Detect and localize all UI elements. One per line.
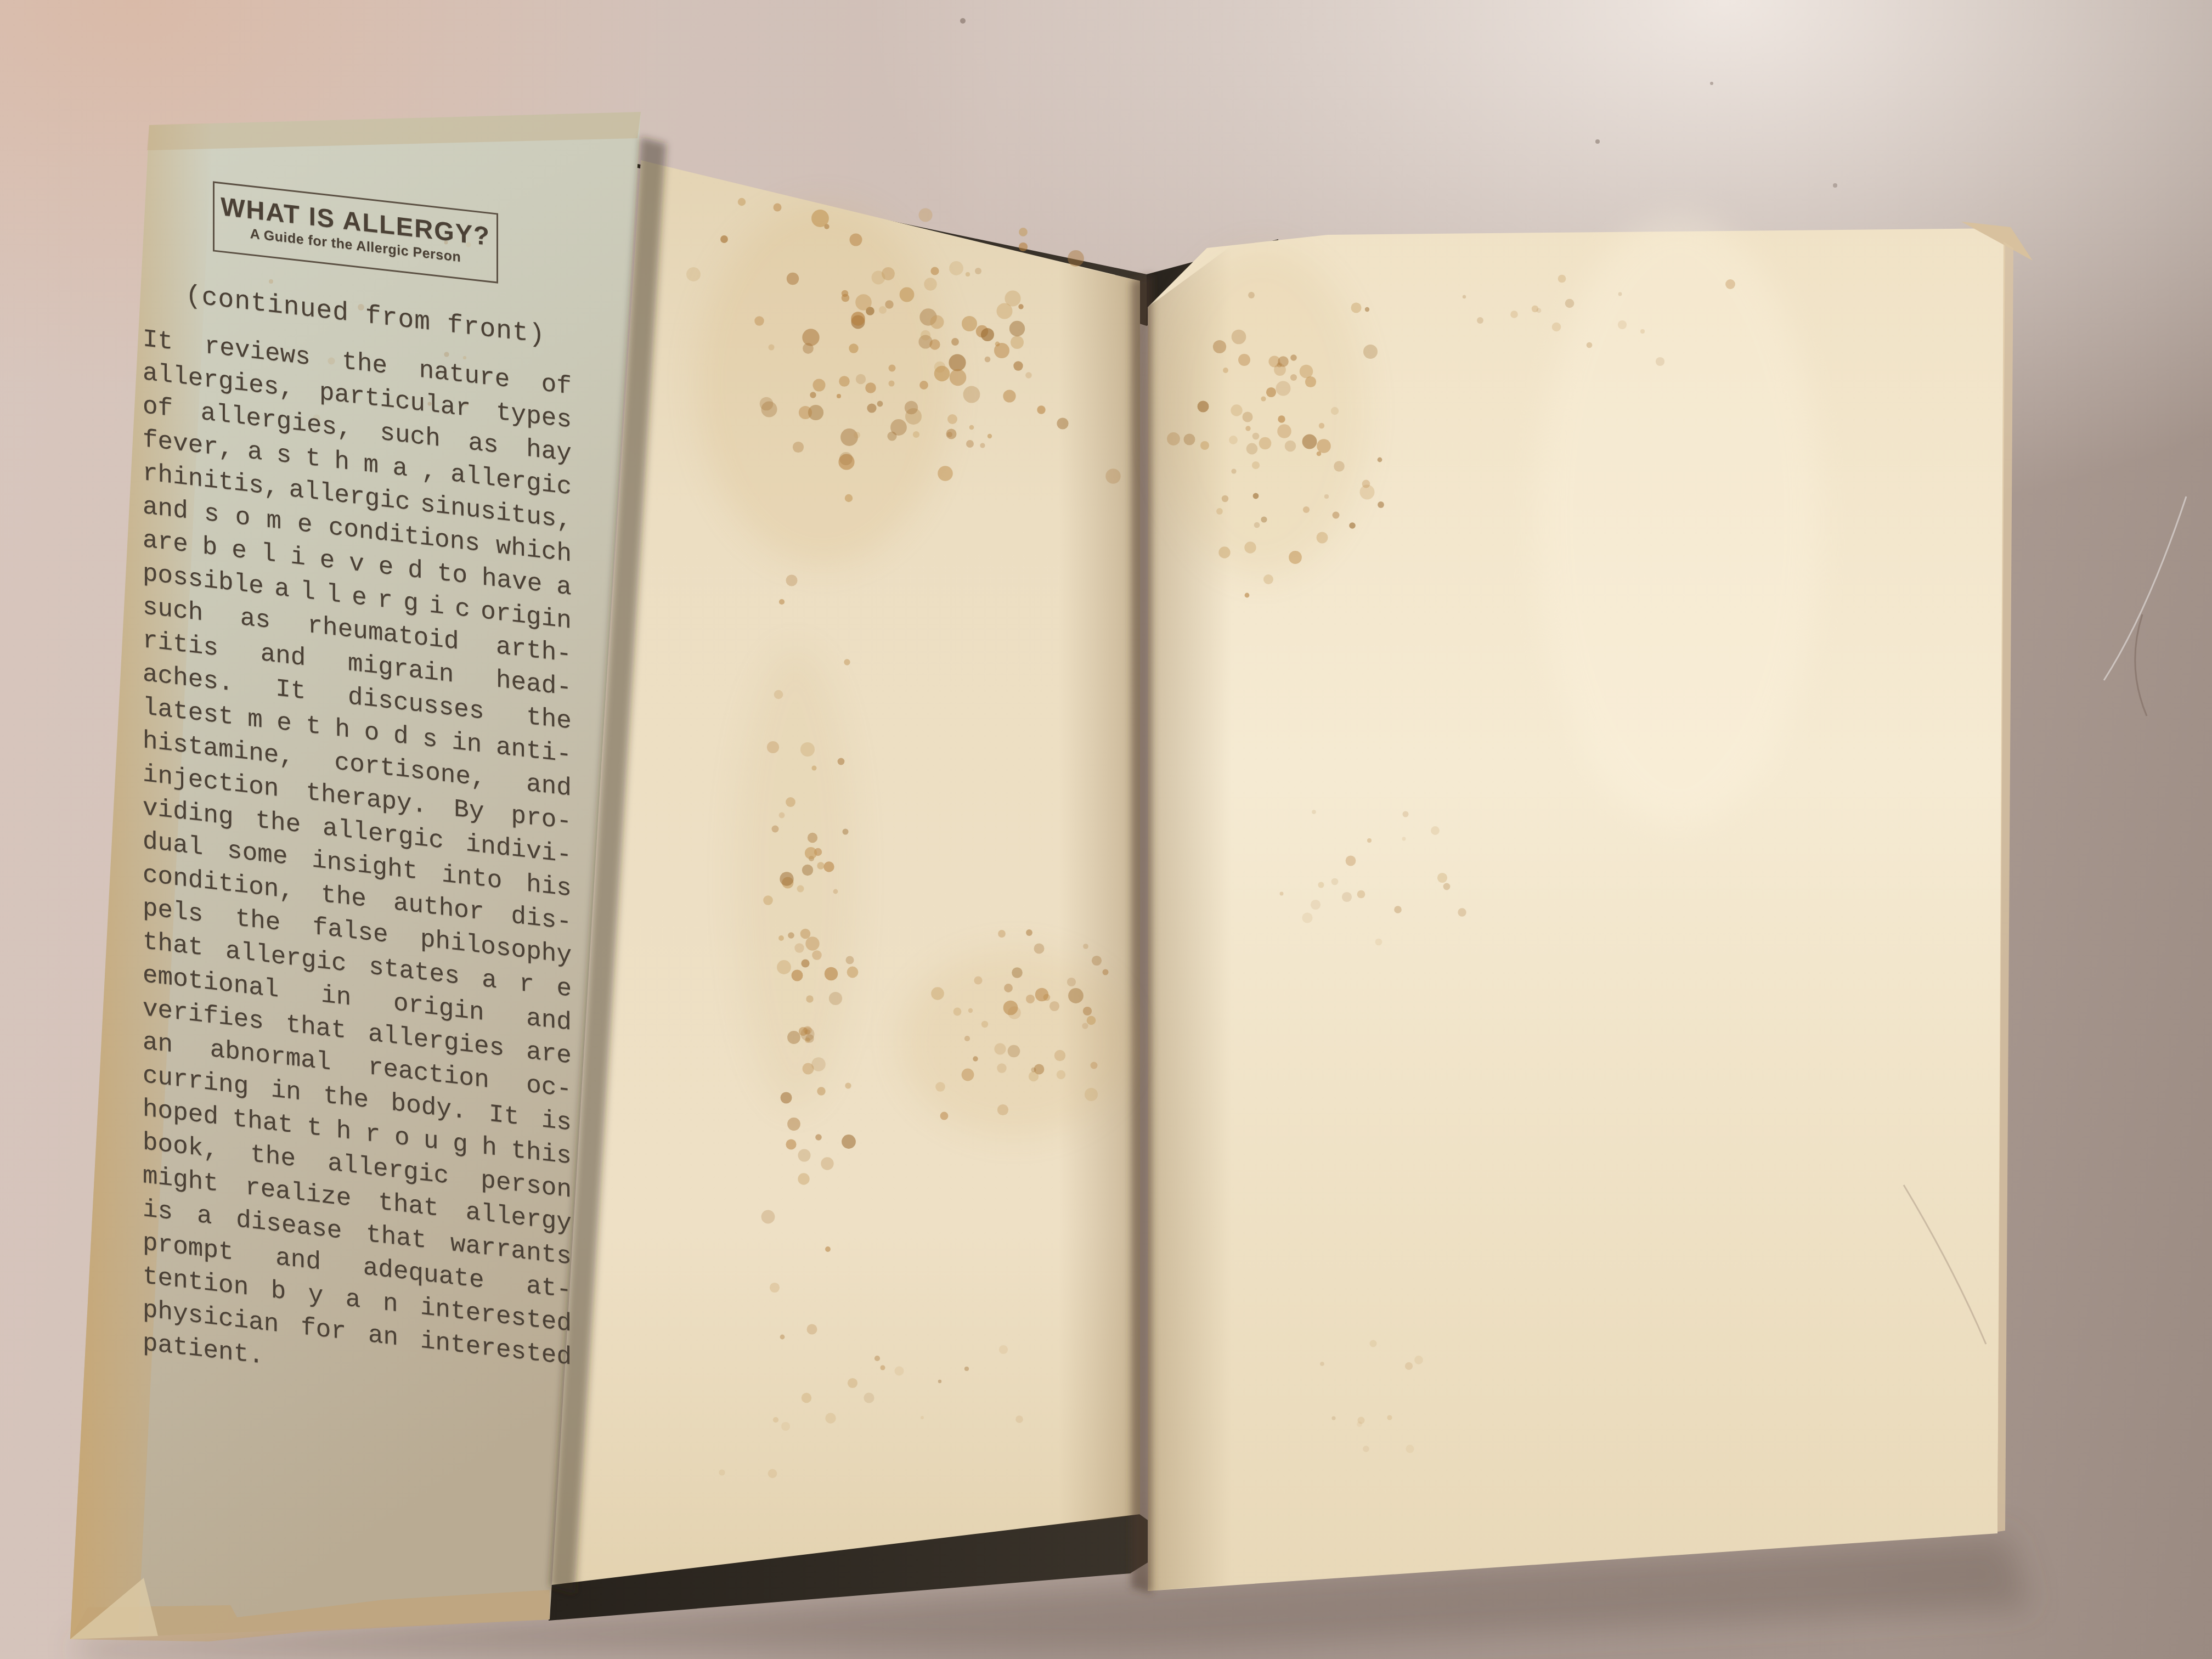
gutter-shadow [1131,274,1152,1594]
flap-body-text: Itreviewsthenatureofallergies,particular… [143,323,572,1408]
flap-text-block: WHAT IS ALLERGY? A Guide for the Allergi… [143,165,576,1409]
left-page-gutter-shade [1059,262,1140,1526]
photo-of-open-book: WHAT IS ALLERGY? A Guide for the Allergi… [0,0,2212,1659]
background-specks [960,18,1837,188]
right-page-light-band [1536,214,1821,828]
